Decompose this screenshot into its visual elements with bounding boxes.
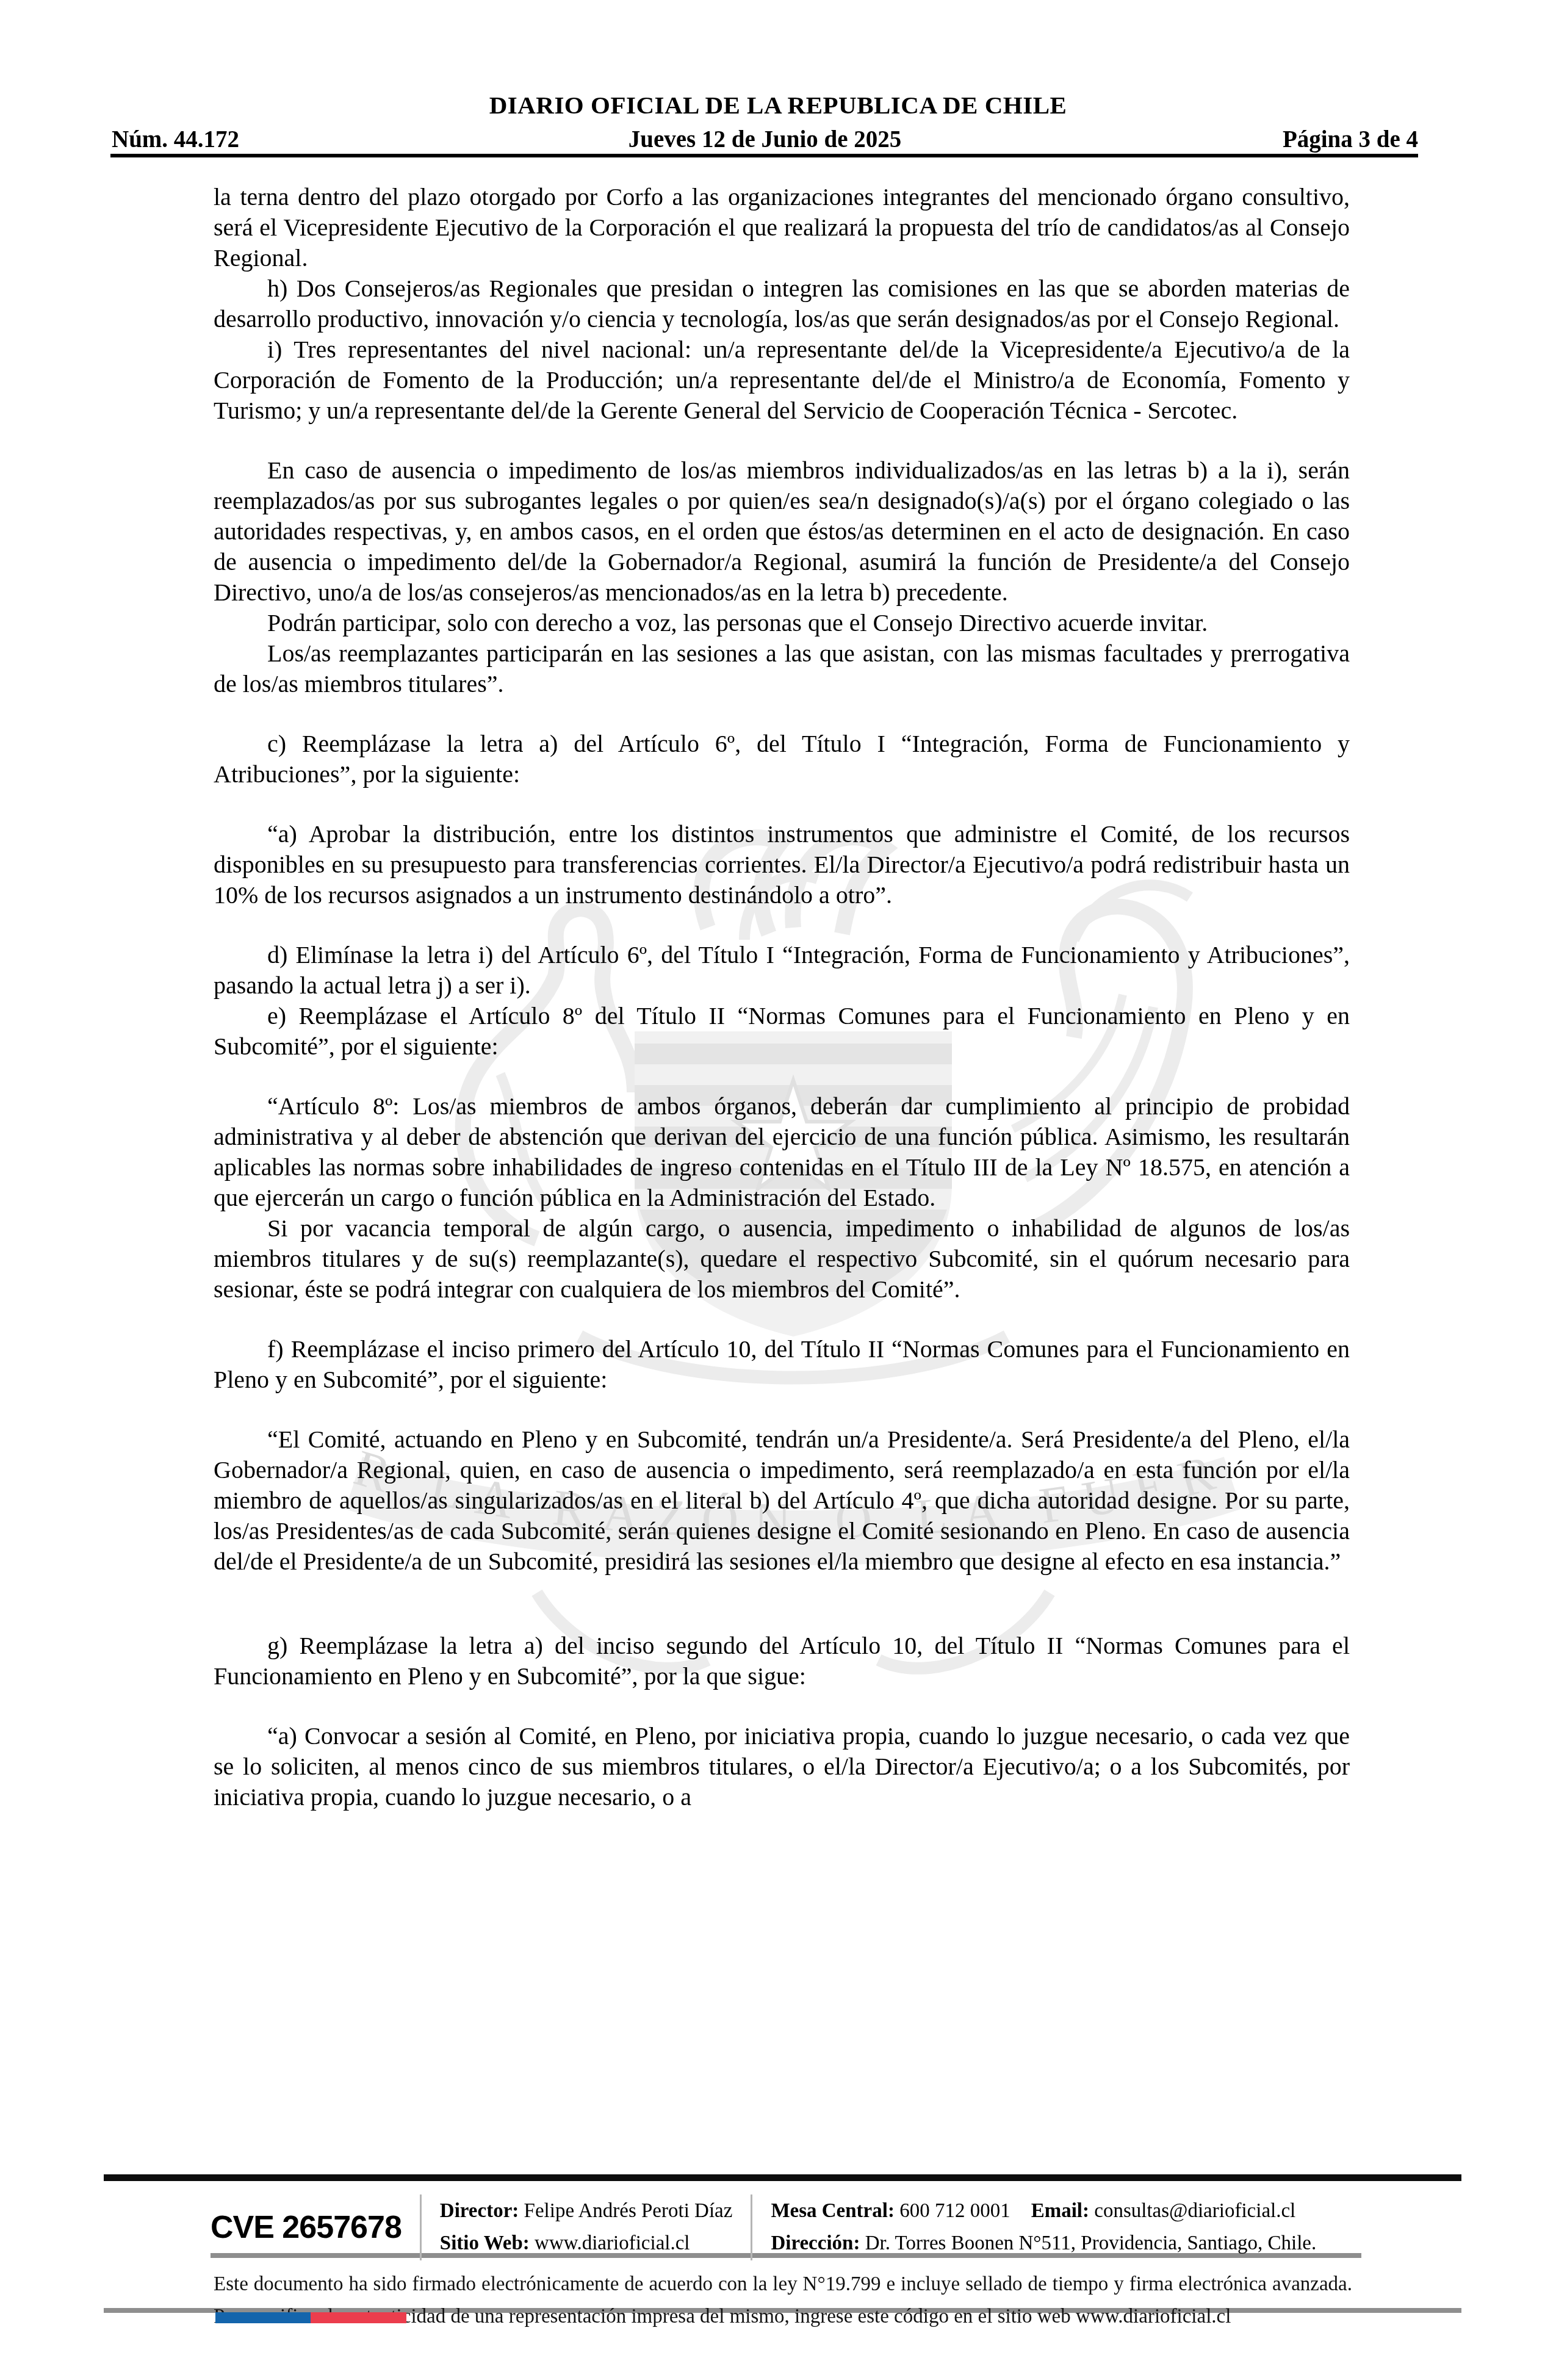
flag-blue-bar bbox=[215, 2312, 311, 2323]
masthead-row: Núm. 44.172 Jueves 12 de Junio de 2025 P… bbox=[112, 126, 1418, 155]
flag-red-bar bbox=[311, 2312, 406, 2323]
body-paragraph: Los/as reemplazantes participarán en las… bbox=[214, 638, 1350, 699]
header-rule bbox=[110, 154, 1418, 157]
cve-code: CVE 2657678 bbox=[211, 2209, 402, 2246]
body-paragraph: f) Reemplázase el inciso primero del Art… bbox=[214, 1334, 1350, 1395]
address-value: Dr. Torres Boonen N°511, Providencia, Sa… bbox=[865, 2232, 1317, 2254]
body-paragraph: “Artículo 8º: Los/as miembros de ambos ó… bbox=[214, 1091, 1350, 1213]
body-paragraph: En caso de ausencia o impedimento de los… bbox=[214, 455, 1350, 608]
email-label: Email: bbox=[1031, 2200, 1089, 2222]
edition-date: Jueves 12 de Junio de 2025 bbox=[112, 126, 1418, 153]
body-paragraph: i) Tres representantes del nivel naciona… bbox=[214, 334, 1350, 426]
page-indicator: Página 3 de 4 bbox=[1283, 126, 1418, 153]
website-label: Sitio Web: bbox=[440, 2232, 530, 2254]
website-value: www.diarioficial.cl bbox=[535, 2232, 690, 2254]
body-paragraph: la terna dentro del plazo otorgado por C… bbox=[214, 182, 1350, 273]
director-line: Director: Felipe Andrés Peroti Díaz bbox=[440, 2195, 733, 2227]
footer-divider-1 bbox=[420, 2194, 422, 2260]
footer-info: CVE 2657678 Director: Felipe Andrés Pero… bbox=[211, 2194, 1461, 2260]
body-paragraph: e) Reemplázase el Artículo 8º del Título… bbox=[214, 1001, 1350, 1062]
address-label: Dirección: bbox=[771, 2232, 860, 2254]
masthead-title: DIARIO OFICIAL DE LA REPUBLICA DE CHILE bbox=[0, 90, 1556, 120]
body-paragraph: “El Comité, actuando en Pleno y en Subco… bbox=[214, 1424, 1350, 1577]
director-value: Felipe Andrés Peroti Díaz bbox=[524, 2200, 733, 2222]
body-column: la terna dentro del plazo otorgado por C… bbox=[214, 182, 1350, 1812]
address-line: Dirección: Dr. Torres Boonen N°511, Prov… bbox=[771, 2227, 1316, 2260]
director-label: Director: bbox=[440, 2200, 519, 2222]
website-line: Sitio Web: www.diarioficial.cl bbox=[440, 2227, 733, 2260]
body-paragraph: h) Dos Consejeros/as Regionales que pres… bbox=[214, 273, 1350, 334]
mesa-label: Mesa Central: bbox=[771, 2200, 895, 2222]
body-paragraph: “a) Convocar a sesión al Comité, en Plen… bbox=[214, 1721, 1350, 1812]
footer-left-block: Director: Felipe Andrés Peroti Díaz Siti… bbox=[440, 2195, 733, 2260]
body-paragraph: c) Reemplázase la letra a) del Artículo … bbox=[214, 729, 1350, 790]
body-paragraph: “a) Aprobar la distribución, entre los d… bbox=[214, 819, 1350, 911]
body-paragraph: Podrán participar, solo con derecho a vo… bbox=[214, 608, 1350, 638]
footer-right-block: Mesa Central: 600 712 0001Email: consult… bbox=[771, 2195, 1316, 2260]
flag-strip bbox=[215, 2312, 406, 2323]
email-value: consultas@diarioficial.cl bbox=[1094, 2200, 1295, 2222]
body-paragraph: Si por vacancia temporal de algún cargo,… bbox=[214, 1213, 1350, 1305]
body-paragraph: d) Elimínase la letra i) del Artículo 6º… bbox=[214, 940, 1350, 1001]
body-paragraph: g) Reemplázase la letra a) del inciso se… bbox=[214, 1631, 1350, 1692]
footer-divider-2 bbox=[751, 2194, 752, 2260]
footer-top-bar bbox=[104, 2174, 1461, 2181]
contact-line: Mesa Central: 600 712 0001Email: consult… bbox=[771, 2195, 1316, 2227]
mesa-value: 600 712 0001 bbox=[899, 2200, 1010, 2222]
signature-note: Este documento ha sido firmado electróni… bbox=[214, 2268, 1352, 2333]
document-page: DIARIO OFICIAL DE LA REPUBLICA DE CHILE … bbox=[0, 0, 1556, 2380]
